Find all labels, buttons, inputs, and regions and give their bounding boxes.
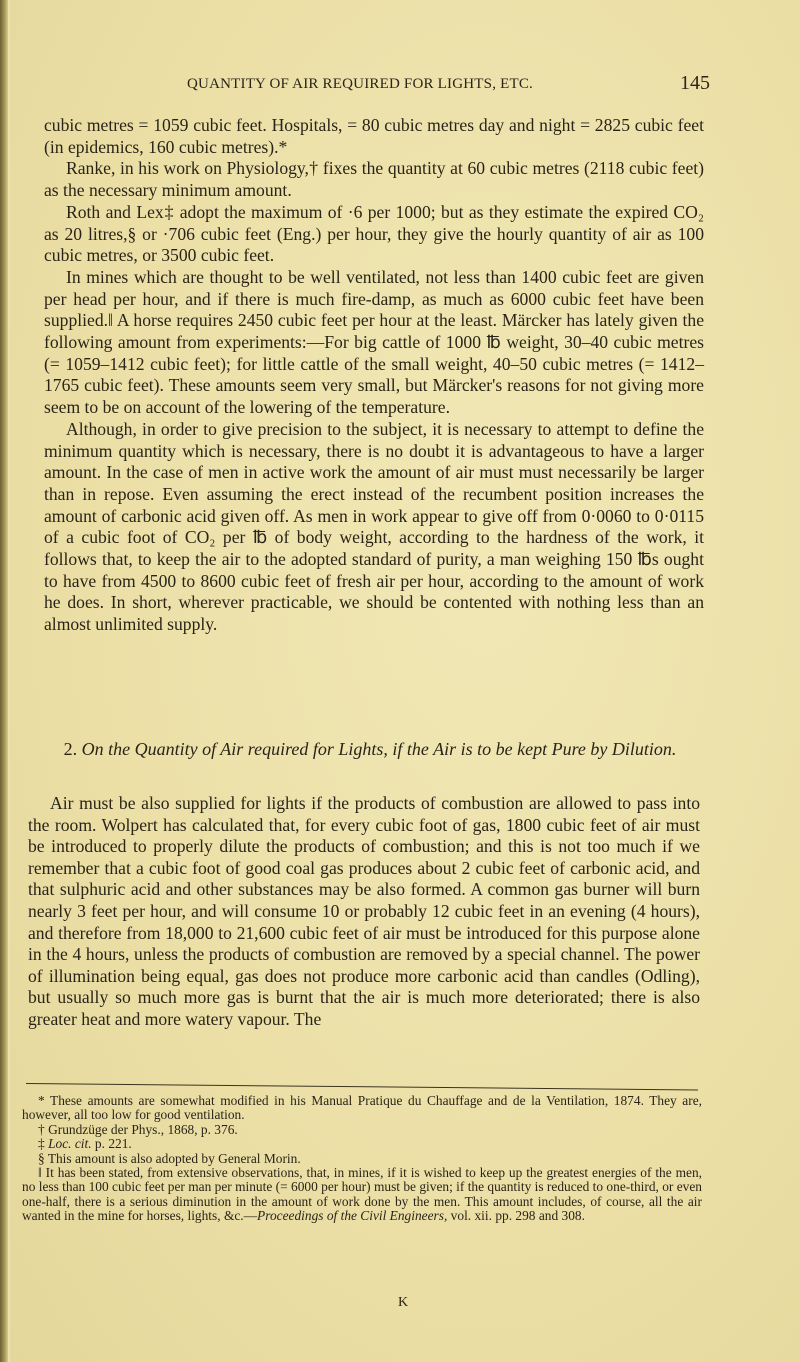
footnote-text: p. 221. <box>92 1136 132 1151</box>
footnote-divider <box>26 1083 698 1090</box>
main-text: cubic metres = 1059 cubic feet. Hospital… <box>44 115 704 636</box>
footnote-mark: ‖ <box>38 1165 42 1180</box>
paragraph: Air must be also supplied for lights if … <box>28 793 700 1031</box>
footnote-source: Proceedings of the Civil Engineers, <box>257 1208 447 1223</box>
paragraph: cubic metres = 1059 cubic feet. Hospital… <box>44 115 704 158</box>
footnote-mark: § <box>38 1151 45 1166</box>
footnote: * These amounts are somewhat modified in… <box>22 1094 702 1123</box>
footnote-text: This amount is also adopted by General M… <box>48 1151 301 1166</box>
section-text: Air must be also supplied for lights if … <box>28 793 700 1031</box>
footnote-mark: † <box>38 1122 45 1137</box>
paragraph: Although, in order to give precision to … <box>44 419 704 636</box>
paragraph: Roth and Lex‡ adopt the maximum of ·6 pe… <box>44 202 704 267</box>
footnote-mark: ‡ <box>38 1136 45 1151</box>
section-title: On the Quantity of Air required for Ligh… <box>82 739 677 759</box>
paragraph: In mines which are thought to be well ve… <box>44 267 704 419</box>
section-heading: 2. On the Quantity of Air required for L… <box>30 738 710 760</box>
running-title: Quantity of Air Required for Lights, etc… <box>160 76 560 93</box>
book-spine-edge <box>0 0 8 1362</box>
footnote: † Grundzüge der Phys., 1868, p. 376. <box>22 1123 702 1137</box>
footnote-mark: * <box>38 1093 45 1108</box>
book-page: Quantity of Air Required for Lights, etc… <box>10 0 800 1362</box>
footnote: ‡ Loc. cit. p. 221. <box>22 1137 702 1151</box>
footnote-text: Grundzüge der Phys., 1868, p. 376. <box>48 1122 238 1137</box>
footnotes: * These amounts are somewhat modified in… <box>22 1094 702 1224</box>
footnote: § This amount is also adopted by General… <box>22 1152 702 1166</box>
footnote-text: These amounts are somewhat modified in h… <box>22 1093 702 1122</box>
footnote-italic: Loc. cit. <box>48 1136 92 1151</box>
footnote-source-tail: vol. xii. pp. 298 and 308. <box>447 1208 585 1223</box>
section-number: 2. <box>64 739 78 759</box>
paragraph: Ranke, in his work on Physiology,† fixes… <box>44 158 704 201</box>
signature-mark: K <box>398 1295 408 1311</box>
page-number: 145 <box>680 72 710 95</box>
footnote: ‖ It has been stated, from extensive obs… <box>22 1166 702 1224</box>
